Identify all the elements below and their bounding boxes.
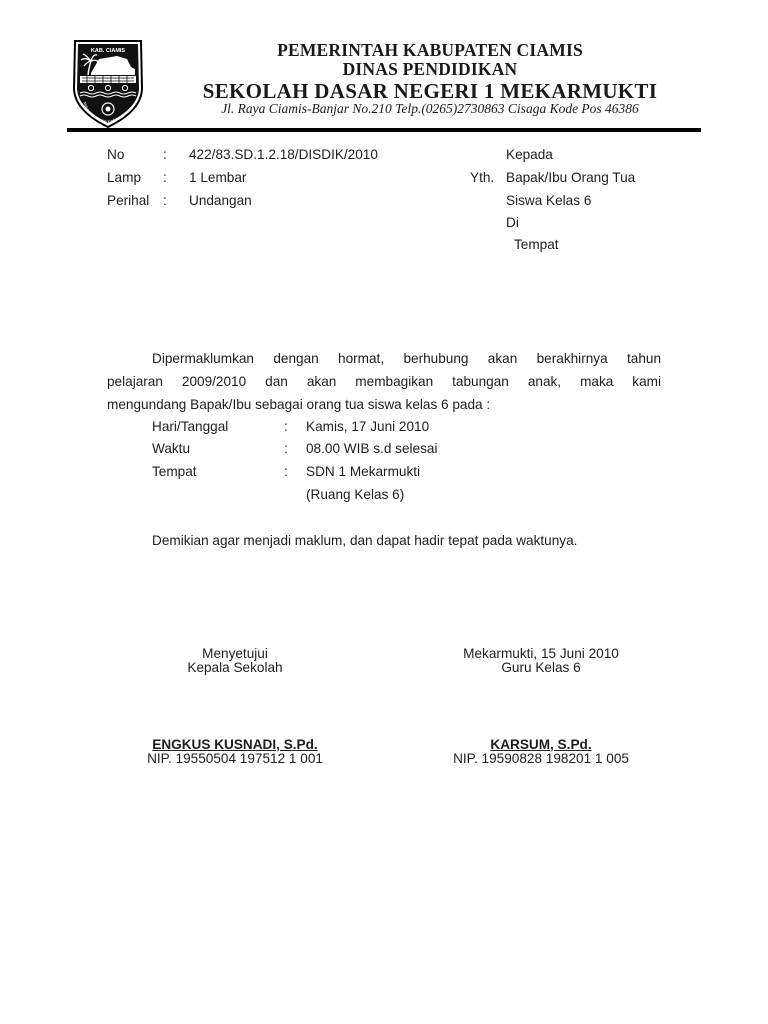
paragraph-line: mengundang Bapak/Ibu sebagai orang tua s…	[107, 397, 661, 412]
recipient-di: Di	[506, 215, 519, 230]
detail-value-room: (Ruang Kelas 6)	[306, 487, 404, 502]
meta-colon: :	[163, 147, 167, 162]
kabupaten-ciamis-crest-icon: KAB. CIAMIS Mahayunan Ayuna Kadaluhur	[69, 37, 147, 129]
recipient-tempat: Tempat	[514, 237, 559, 252]
letterhead-government: PEMERINTAH KABUPATEN CIAMIS	[190, 40, 670, 61]
detail-value-date: Kamis, 17 Juni 2010	[306, 419, 429, 434]
recipient-kepada: Kepada	[506, 147, 553, 162]
meta-label-perihal: Perihal	[107, 193, 149, 208]
detail-label-time: Waktu	[152, 441, 190, 456]
signature-left-title: Kepala Sekolah	[135, 660, 335, 675]
signature-left-name: ENGKUS KUSNADI, S.Pd.	[135, 737, 335, 752]
meta-value-no: 422/83.SD.1.2.18/DISDIK/2010	[189, 147, 378, 162]
paragraph-line: pelajaran 2009/2010 dan akan membagikan …	[107, 374, 661, 389]
meta-value-perihal: Undangan	[189, 193, 252, 208]
recipient-yth: Yth.	[470, 170, 494, 185]
recipient-line1: Bapak/Ibu Orang Tua	[506, 170, 635, 185]
meta-value-lamp: 1 Lembar	[189, 170, 246, 185]
letterhead-divider	[67, 128, 701, 132]
detail-label-date: Hari/Tanggal	[152, 419, 228, 434]
detail-colon: :	[284, 464, 288, 479]
closing-sentence: Demikian agar menjadi maklum, dan dapat …	[152, 533, 577, 548]
signature-right-name: KARSUM, S.Pd.	[441, 737, 641, 752]
letterhead-address: Jl. Raya Ciamis-Banjar No.210 Telp.(0265…	[186, 101, 674, 117]
signature-left-approval: Menyetujui	[135, 646, 335, 661]
signature-right-place-date: Mekarmukti, 15 Juni 2010	[441, 646, 641, 661]
signature-right-nip: NIP. 19590828 198201 1 005	[441, 751, 641, 766]
letterhead-department: DINAS PENDIDIKAN	[190, 59, 670, 80]
meta-colon: :	[163, 170, 167, 185]
meta-label-no: No	[107, 147, 124, 162]
signature-left-nip: NIP. 19550504 197512 1 001	[135, 751, 335, 766]
meta-colon: :	[163, 193, 167, 208]
detail-value-time: 08.00 WIB s.d selesai	[306, 441, 437, 456]
detail-colon: :	[284, 441, 288, 456]
detail-value-place: SDN 1 Mekarmukti	[306, 464, 420, 479]
detail-colon: :	[284, 419, 288, 434]
recipient-line2: Siswa Kelas 6	[506, 193, 591, 208]
meta-label-lamp: Lamp	[107, 170, 141, 185]
paragraph-line: Dipermaklumkan dengan hormat, berhubung …	[107, 351, 661, 366]
signature-right-title: Guru Kelas 6	[441, 660, 641, 675]
svg-text:KAB. CIAMIS: KAB. CIAMIS	[91, 48, 126, 54]
detail-label-place: Tempat	[152, 464, 197, 479]
